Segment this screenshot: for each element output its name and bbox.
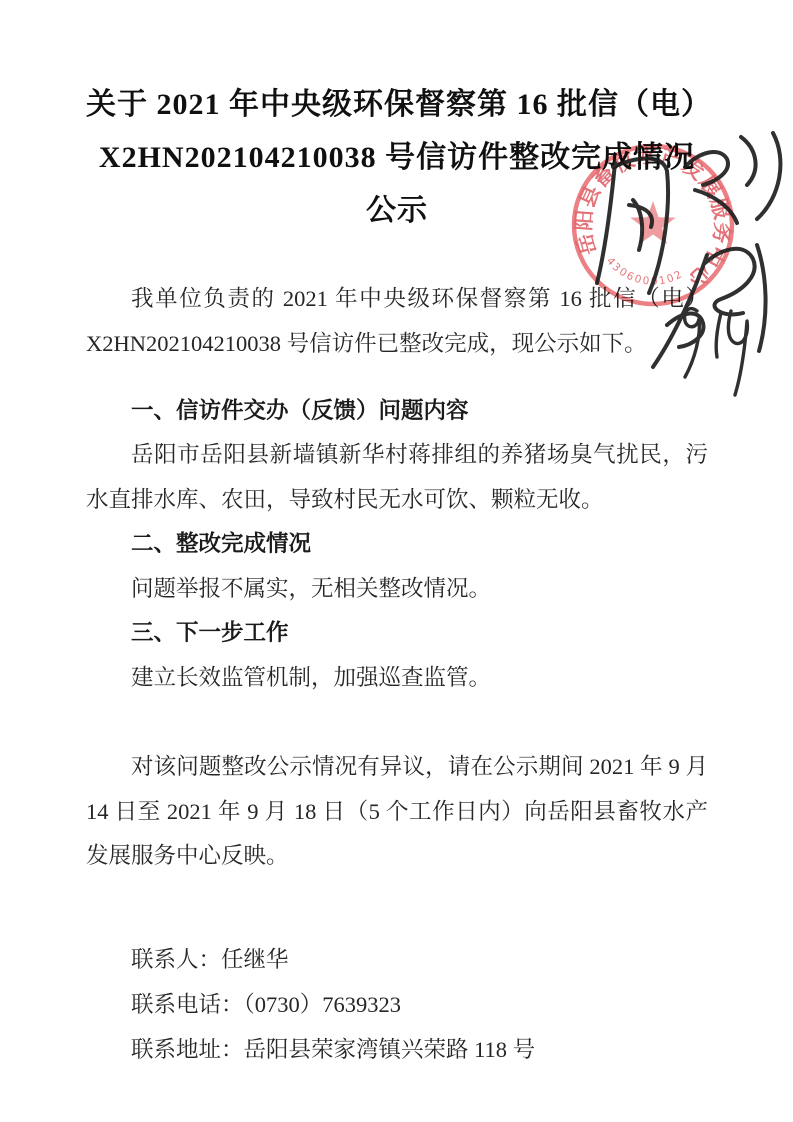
document-title: 关于 2021 年中央级环保督察第 16 批信（电） X2HN202104210… [86, 78, 708, 237]
document-title-line1: 关于 2021 年中央级环保督察第 16 批信（电） [86, 78, 708, 131]
document-content: 关于 2021 年中央级环保督察第 16 批信（电） X2HN202104210… [86, 78, 708, 1072]
section-3-heading: 三、下一步工作 [86, 611, 708, 656]
section-3-body: 建立长效监管机制，加强巡查监管。 [86, 656, 708, 701]
section-1-heading: 一、信访件交办（反馈）问题内容 [86, 389, 708, 434]
section-2-heading: 二、整改完成情况 [86, 522, 708, 567]
contact-person: 联系人：任继华 [86, 937, 708, 982]
objection-paragraph: 对该问题整改公示情况有异议，请在公示期间 2021 年 9 月 14 日至 20… [86, 745, 708, 879]
contact-block: 联系人：任继华 联系电话：（0730）7639323 联系地址：岳阳县荣家湾镇兴… [86, 937, 708, 1072]
scanned-document-page: 关于 2021 年中央级环保督察第 16 批信（电） X2HN202104210… [0, 0, 793, 1122]
section-1-body: 岳阳市岳阳县新墙镇新华村蒋排组的养猪场臭气扰民，污水直排水库、农田，导致村民无水… [86, 433, 708, 522]
section-2-body: 问题举报不属实，无相关整改情况。 [86, 567, 708, 612]
intro-paragraph: 我单位负责的 2021 年中央级环保督察第 16 批信（电）X2HN202104… [86, 277, 708, 366]
contact-phone: 联系电话：（0730）7639323 [86, 982, 708, 1027]
contact-address: 联系地址：岳阳县荣家湾镇兴荣路 118 号 [86, 1027, 708, 1072]
document-title-line2: X2HN202104210038 号信访件整改完成情况公示 [86, 131, 708, 237]
